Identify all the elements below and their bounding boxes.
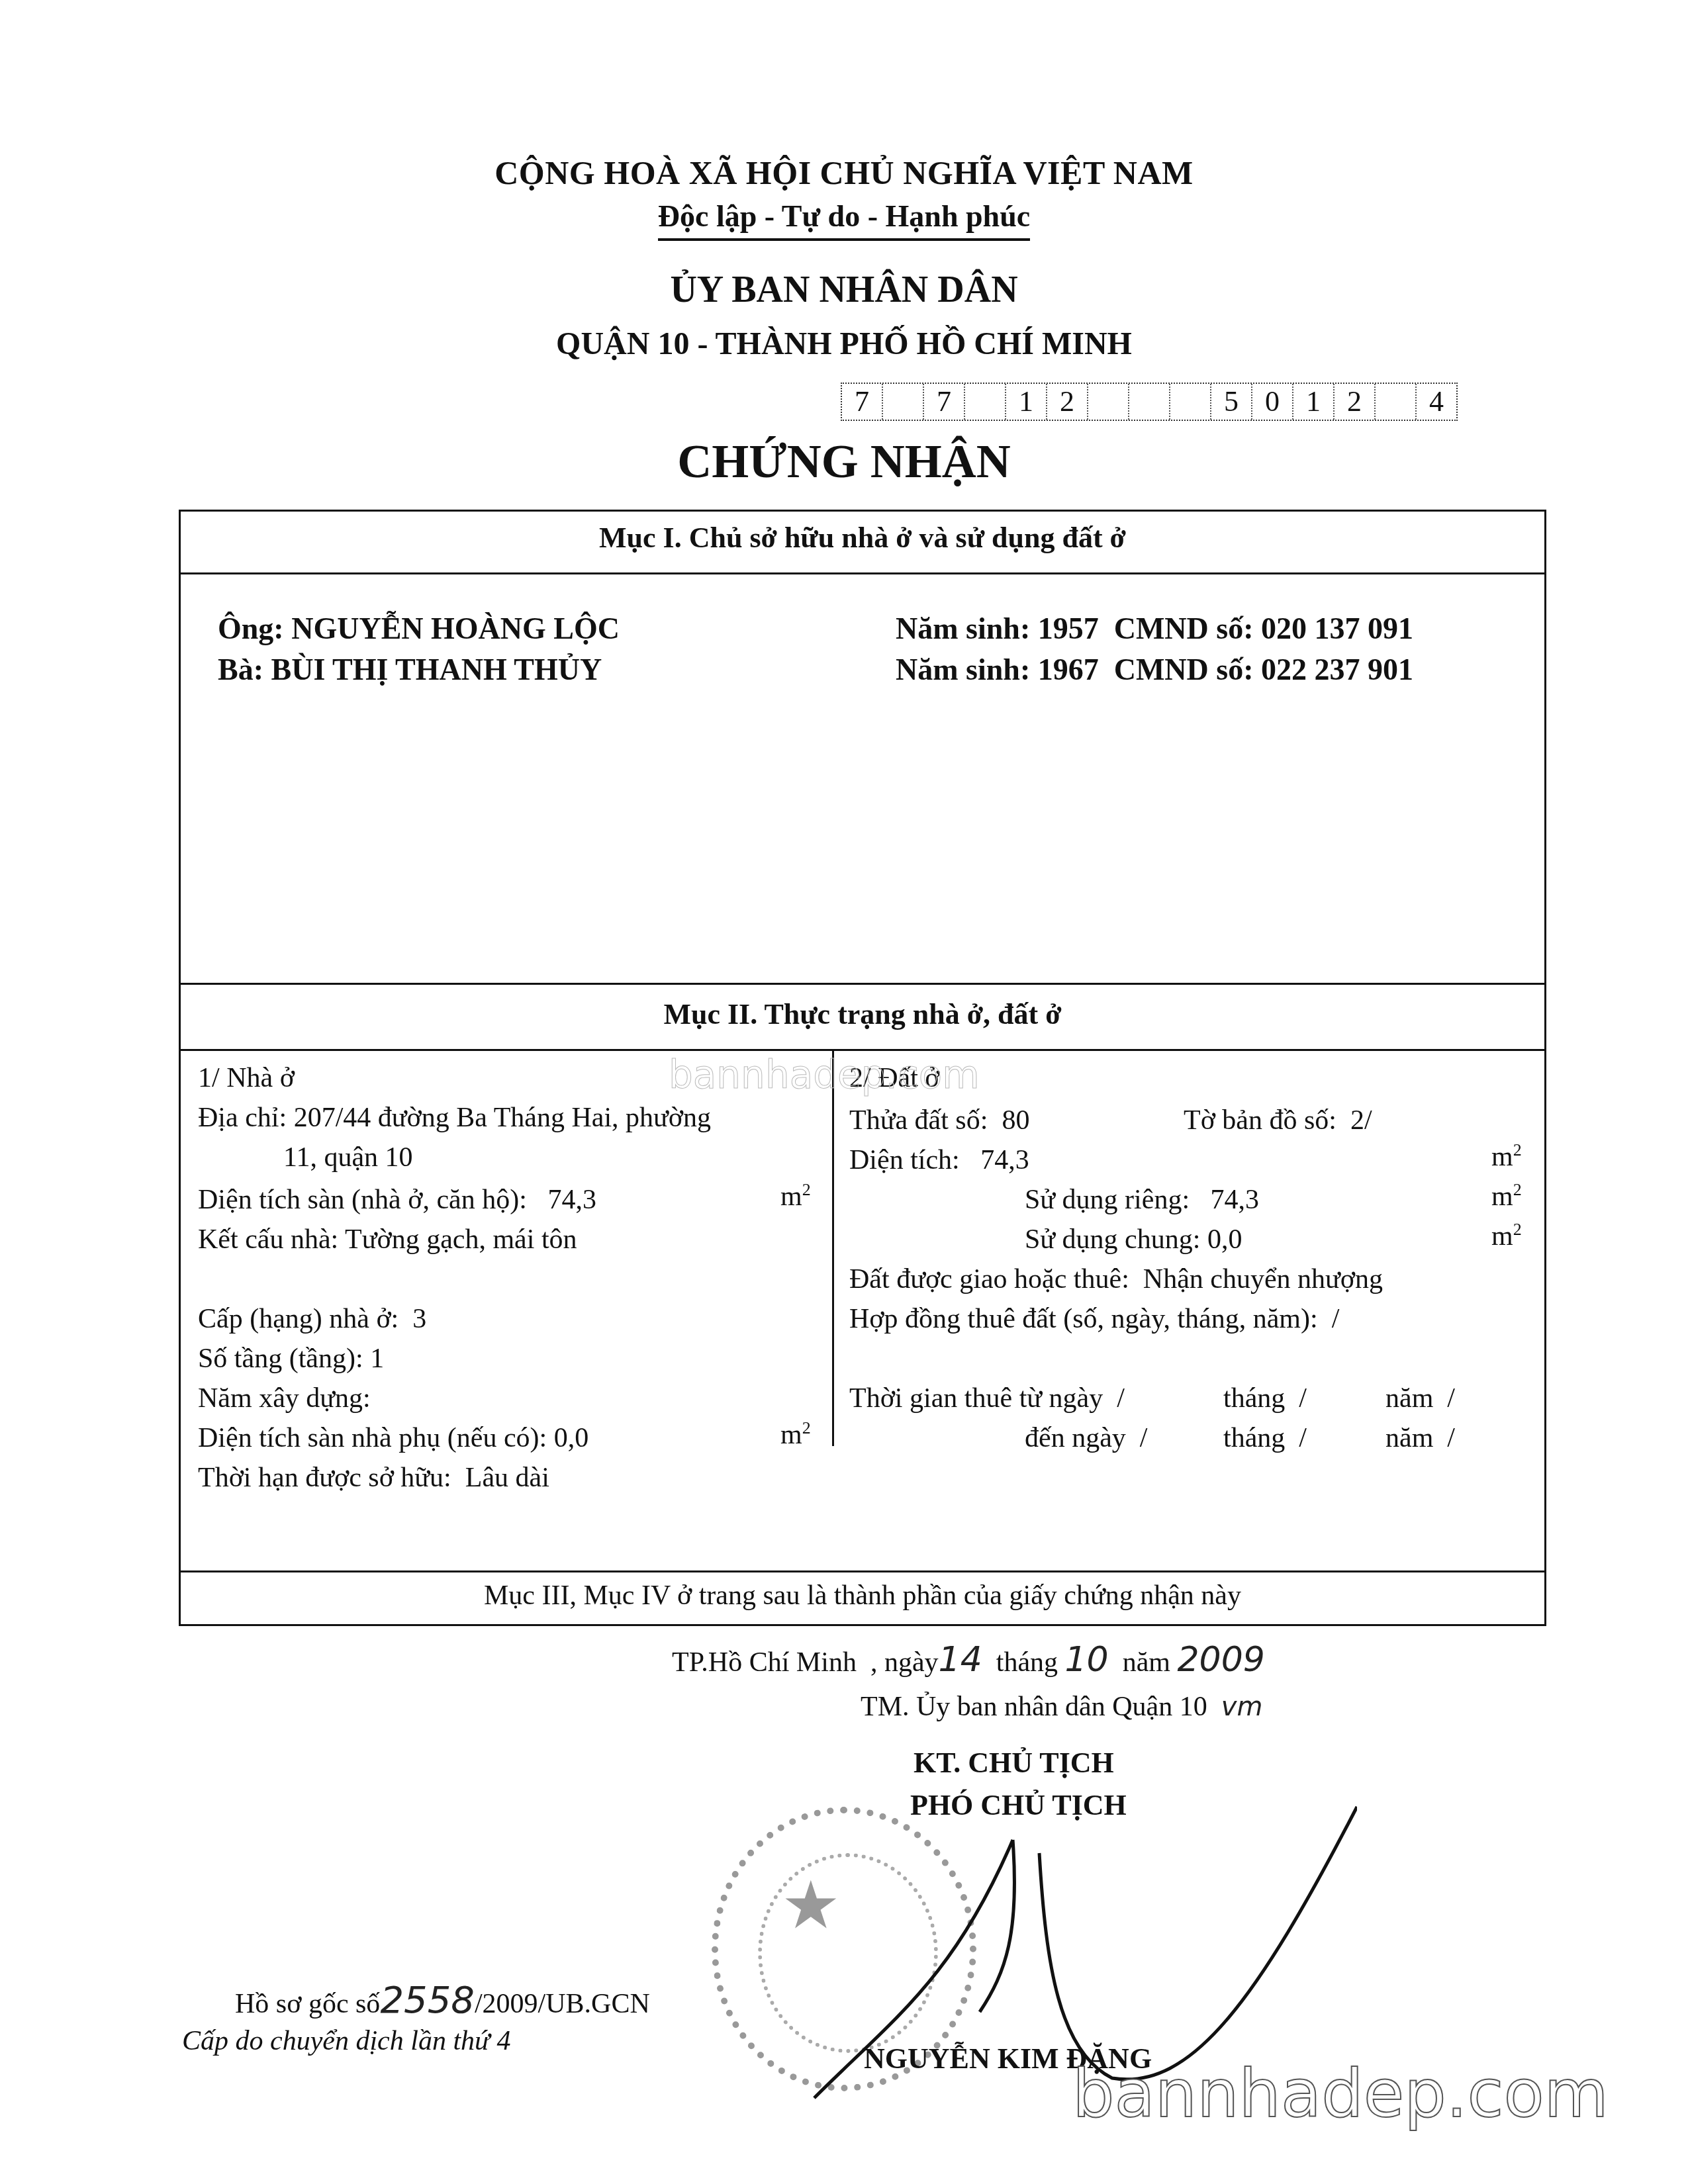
motto-text: Độc lập - Tự do - Hạnh phúc xyxy=(658,199,1030,241)
house-heading: 1/ Nhà ở xyxy=(198,1062,295,1094)
serial-digit-cell: 7 xyxy=(842,384,883,420)
house-structure: Kết cấu nhà: Tường gạch, mái tôn xyxy=(198,1224,577,1255)
on-behalf-of: TM. Ủy ban nhân dân Quận 10 vm xyxy=(861,1691,1262,1723)
serial-digit-cell: 1 xyxy=(1006,384,1047,420)
serial-digit-cell xyxy=(1129,384,1170,420)
serial-digit-cell: 2 xyxy=(1335,384,1376,420)
house-address-line2: 11, quận 10 xyxy=(283,1142,413,1173)
authority-header: ỦY BAN NHÂN DÂN xyxy=(0,269,1688,311)
motto: Độc lập - Tự do - Hạnh phúc xyxy=(0,199,1688,234)
serial-digit-cell xyxy=(1170,384,1211,420)
land-private-use: Sử dụng riêng: 74,3 xyxy=(1025,1184,1259,1216)
land-allocation: Đất được giao hoặc thuê: Nhận chuyển như… xyxy=(849,1263,1383,1295)
serial-digit-cell: 1 xyxy=(1293,384,1335,420)
divider xyxy=(181,1049,1544,1051)
continuation-note: Mục III, Mục IV ở trang sau là thành phầ… xyxy=(181,1580,1544,1612)
divider xyxy=(181,983,1544,985)
house-floors: Số tầng (tầng): 1 xyxy=(198,1343,384,1375)
transfer-note: Cấp do chuyển dịch lần thứ 4 xyxy=(182,2025,511,2057)
divider xyxy=(181,572,1544,574)
land-lease-to: đến ngày / xyxy=(1025,1422,1147,1454)
land-area: Diện tích: 74,3 xyxy=(849,1144,1029,1176)
signer-role-1: KT. CHỦ TỊCH xyxy=(914,1746,1114,1780)
land-lease-from-month: tháng / xyxy=(1223,1383,1307,1414)
serial-digit-cell: 5 xyxy=(1211,384,1252,420)
owner-1-details: Năm sinh: 1957 CMND số: 020 137 091 xyxy=(896,611,1413,646)
house-aux-area: Diện tích sàn nhà phụ (nếu có): 0,0 xyxy=(198,1422,588,1454)
serial-digit-cell xyxy=(1376,384,1417,420)
unit-m2: m2 xyxy=(780,1418,811,1451)
watermark-small: bannhadep.com xyxy=(669,1052,980,1097)
land-lease-to-year: năm / xyxy=(1385,1422,1455,1454)
owner-1-name: Ông: NGUYỄN HOÀNG LỘC xyxy=(218,611,620,646)
unit-m2: m2 xyxy=(1491,1220,1522,1252)
land-parcel: Thửa đất số: 80 xyxy=(849,1105,1029,1136)
country-header: CỘNG HOÀ XÃ HỘI CHỦ NGHĨA VIỆT NAM xyxy=(0,154,1688,192)
owner-2-name: Bà: BÙI THỊ THANH THỦY xyxy=(218,652,602,687)
land-map-sheet: Tờ bản đồ số: 2/ xyxy=(1184,1105,1372,1136)
column-divider xyxy=(832,1049,834,1446)
unit-m2: m2 xyxy=(1491,1140,1522,1173)
house-address: Địa chỉ: 207/44 đường Ba Tháng Hai, phườ… xyxy=(198,1102,711,1134)
house-ownership-term: Thời hạn được sở hữu: Lâu dài xyxy=(198,1462,549,1494)
section2-title: Mục II. Thực trạng nhà ở, đất ở xyxy=(181,997,1544,1031)
land-lease-contract: Hợp đồng thuê đất (số, ngày, tháng, năm)… xyxy=(849,1303,1339,1335)
section1-title: Mục I. Chủ sở hữu nhà ở và sử dụng đất ở xyxy=(181,521,1544,555)
serial-number-boxes: 771250124 xyxy=(841,383,1458,421)
serial-digit-cell: 7 xyxy=(924,384,965,420)
serial-digit-cell xyxy=(883,384,924,420)
serial-digit-cell: 2 xyxy=(1047,384,1088,420)
issue-date: TP.Hồ Chí Minh , ngày14 tháng 10 năm 200… xyxy=(672,1640,1265,1680)
serial-digit-cell: 4 xyxy=(1417,384,1456,420)
watermark-large: bannhadep.com xyxy=(1072,2055,1609,2132)
district-header: QUẬN 10 - THÀNH PHỐ HỒ CHÍ MINH xyxy=(0,326,1688,362)
land-lease-from: Thời gian thuê từ ngày / xyxy=(849,1383,1125,1414)
unit-m2: m2 xyxy=(780,1180,811,1212)
serial-digit-cell xyxy=(1088,384,1129,420)
owner-2-details: Năm sinh: 1967 CMND số: 022 237 901 xyxy=(896,652,1413,687)
document-title: CHỨNG NHẬN xyxy=(0,434,1688,489)
unit-m2: m2 xyxy=(1491,1180,1522,1212)
divider xyxy=(181,1570,1544,1572)
record-number: Hồ sơ gốc số2558/2009/UB.GCN xyxy=(235,1979,650,2022)
house-floor-area: Diện tích sàn (nhà ở, căn hộ): 74,3 xyxy=(198,1184,596,1216)
serial-digit-cell: 0 xyxy=(1252,384,1293,420)
land-shared-use: Sử dụng chung: 0,0 xyxy=(1025,1224,1242,1255)
land-lease-from-year: năm / xyxy=(1385,1383,1455,1414)
house-grade: Cấp (hạng) nhà ở: 3 xyxy=(198,1303,426,1335)
serial-digit-cell xyxy=(965,384,1006,420)
house-year-built: Năm xây dựng: xyxy=(198,1383,371,1414)
land-lease-to-month: tháng / xyxy=(1223,1422,1307,1454)
